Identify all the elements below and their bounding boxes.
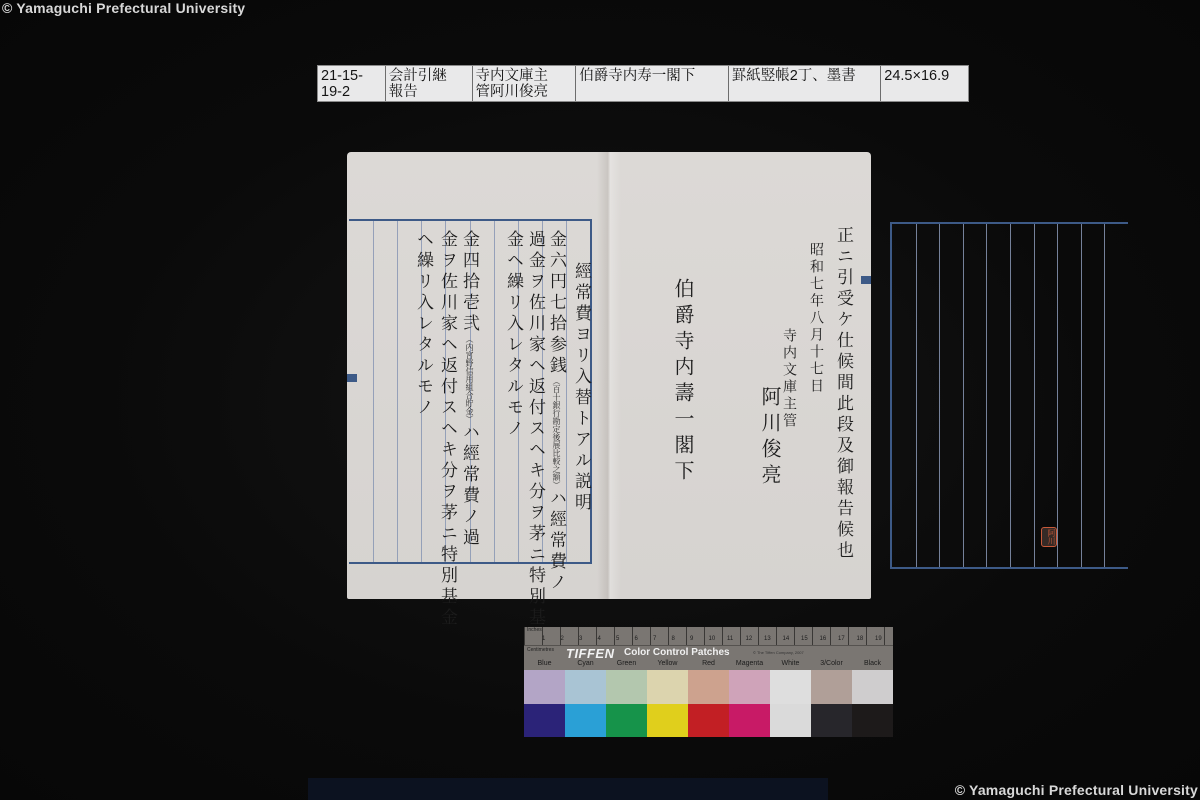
brand-logo: TIFFEN: [566, 646, 615, 661]
color-control-chart: Inches 12345678910111213141516171819 Cen…: [524, 627, 893, 737]
patch-labels: BlueCyanGreenYellowRedMagentaWhite3/Colo…: [524, 660, 893, 670]
light-patch: [524, 670, 565, 704]
fish-tail-mark: [347, 374, 357, 382]
catalog-cell: 21-15- 19-2: [318, 66, 386, 101]
cm-tick: 14: [783, 636, 802, 642]
cm-tick: 19: [875, 636, 894, 642]
column-text: 經常費ヨリ入替トアル説明: [571, 262, 591, 514]
patch-label: 3/Color: [811, 660, 852, 670]
cm-tick: 7: [653, 636, 672, 642]
column-text: 金ヲ佐川家ヘ返付スヘキ分ヲ茅ニ特別基金: [437, 230, 457, 629]
ruled-line: [397, 221, 398, 562]
handwritten-column: 阿川俊亮: [756, 386, 785, 490]
catalog-cell: 寺内文庫主 管阿川俊亮: [473, 66, 577, 101]
fish-tail-mark: [861, 276, 871, 284]
ruled-line: [986, 224, 987, 567]
copyright-top-left: © Yamaguchi Prefectural University: [2, 0, 245, 16]
cm-tick: 6: [635, 636, 654, 642]
ruled-line: [1081, 224, 1082, 567]
patch-yellow: [647, 670, 688, 737]
book-gutter: [597, 152, 621, 599]
ruled-line: [373, 221, 374, 562]
patch-green: [606, 670, 647, 737]
cm-tick: 11: [727, 636, 746, 642]
catalog-label: 21-15- 19-2会計引継 報告寺内文庫主 管阿川俊亮伯爵寺内寿一閣下罫紙竪…: [317, 65, 969, 102]
patch-label: Black: [852, 660, 893, 670]
light-patch: [688, 670, 729, 704]
cm-tick: 1: [542, 636, 561, 642]
dark-patch: [811, 704, 852, 738]
catalog-cell: 伯爵寺内寿一閣下: [576, 66, 729, 101]
light-patch: [770, 670, 811, 704]
light-patch: [852, 670, 893, 704]
dark-patch: [770, 704, 811, 738]
patch-3-color: [811, 670, 852, 737]
backdrop-edge: [308, 778, 828, 800]
ruled-line: [1104, 224, 1105, 567]
cm-tick: 4: [598, 636, 617, 642]
ruled-line: [916, 224, 917, 567]
right-page-ruled-frame: [890, 222, 1128, 569]
cm-tick: 12: [746, 636, 765, 642]
patch-label: Cyan: [565, 660, 606, 670]
dark-patch: [688, 704, 729, 738]
handwritten-column: 金ヲ佐川家ヘ返付スヘキ分ヲ茅ニ特別基金: [435, 230, 460, 629]
dark-patch: [729, 704, 770, 738]
catalog-cell: 会計引継 報告: [386, 66, 473, 101]
red-seal-stamp: 阿川: [1041, 527, 1057, 547]
handwritten-column: 昭和七年八月十七日: [806, 242, 826, 395]
cm-tick: 17: [838, 636, 857, 642]
ruled-line: [1034, 224, 1035, 567]
chart-title: Color Control Patches: [624, 647, 730, 658]
right-page: 正ニ引受ケ仕候間此段及御報告候也昭和七年八月十七日寺内文庫主管阿川俊亮伯爵寺内壽…: [609, 152, 871, 599]
column-text: 金四拾壱弐: [459, 230, 479, 335]
light-patch: [729, 670, 770, 704]
handwritten-column: 過金ヲ佐川家ヘ返付スヘキ分ヲ茅ニ特別基: [523, 230, 548, 629]
dark-patch: [524, 704, 565, 738]
patch-label: White: [770, 660, 811, 670]
handwritten-column: 金四拾壱弐（内宮野信用組合貯金）ハ經常費ノ過: [457, 230, 482, 549]
cm-tick: 15: [801, 636, 820, 642]
patch-cyan: [565, 670, 606, 737]
handwritten-column: 正ニ引受ケ仕候間此段及御報告候也: [831, 226, 856, 562]
handwritten-column: 經常費ヨリ入替トアル説明: [569, 262, 594, 514]
patch-label: Green: [606, 660, 647, 670]
patch-white: [770, 670, 811, 737]
cm-tick: 5: [616, 636, 635, 642]
patch-red: [688, 670, 729, 737]
ruled-line: [494, 221, 495, 562]
dark-patch: [647, 704, 688, 738]
patch-magenta: [729, 670, 770, 737]
ruled-line: [939, 224, 940, 567]
light-patch: [647, 670, 688, 704]
column-text: 過金ヲ佐川家ヘ返付スヘキ分ヲ茅ニ特別基: [525, 230, 545, 629]
centimetres-label: Centimetres: [527, 647, 554, 653]
column-text: ヘ繰リ入レタルモノ: [413, 230, 433, 419]
column-text-tail: ハ經常費ノ過: [459, 423, 479, 549]
catalog-cell: 罫紙竪帳2丁、墨書: [729, 66, 882, 101]
copyright-bottom-right: © Yamaguchi Prefectural University: [955, 782, 1198, 798]
annotation-note: （百十銀行勘定後展比較之額）: [552, 377, 561, 489]
column-text: 金ヘ繰リ入レタルモノ: [503, 230, 523, 440]
left-page: 經常費ヨリ入替トアル説明金六円七拾参銭（百十銀行勘定後展比較之額）ハ經常費ノ過金…: [347, 152, 609, 599]
cm-tick: 13: [764, 636, 783, 642]
column-text: 金六円七拾参銭: [546, 230, 566, 377]
ruled-line: [963, 224, 964, 567]
cm-tick: 9: [690, 636, 709, 642]
patch-label: Magenta: [729, 660, 770, 670]
light-patch: [811, 670, 852, 704]
chart-copyright: © The Tiffen Company, 2007: [753, 650, 804, 655]
color-patches: [524, 670, 893, 737]
handwritten-column: 金ヘ繰リ入レタルモノ: [501, 230, 526, 440]
cm-tick: 18: [857, 636, 876, 642]
ruled-line: [1057, 224, 1058, 567]
ruled-line: [1010, 224, 1011, 567]
cm-tick: 8: [672, 636, 691, 642]
cm-tick: 3: [579, 636, 598, 642]
column-text-tail: ハ經常費ノ: [546, 489, 566, 594]
handwritten-column: ヘ繰リ入レタルモノ: [411, 230, 436, 419]
ruler: Inches 12345678910111213141516171819: [524, 627, 893, 646]
light-patch: [606, 670, 647, 704]
inches-label: Inches: [527, 627, 542, 633]
patch-label: Yellow: [647, 660, 688, 670]
patch-black: [852, 670, 893, 737]
cm-tick: 10: [709, 636, 728, 642]
cm-tick: 2: [561, 636, 580, 642]
dark-patch: [565, 704, 606, 738]
handwritten-column: 伯爵寺内壽一閣下: [669, 278, 698, 486]
patch-label: Blue: [524, 660, 565, 670]
document-book: 經常費ヨリ入替トアル説明金六円七拾参銭（百十銀行勘定後展比較之額）ハ經常費ノ過金…: [347, 152, 871, 599]
annotation-note: （内宮野信用組合貯金）: [465, 335, 474, 423]
light-patch: [565, 670, 606, 704]
catalog-cell: 24.5×16.9: [881, 66, 968, 101]
cm-tick: 16: [820, 636, 839, 642]
dark-patch: [606, 704, 647, 738]
dark-patch: [852, 704, 893, 738]
cm-tick-labels: 12345678910111213141516171819: [542, 636, 894, 642]
patch-label: Red: [688, 660, 729, 670]
patch-blue: [524, 670, 565, 737]
